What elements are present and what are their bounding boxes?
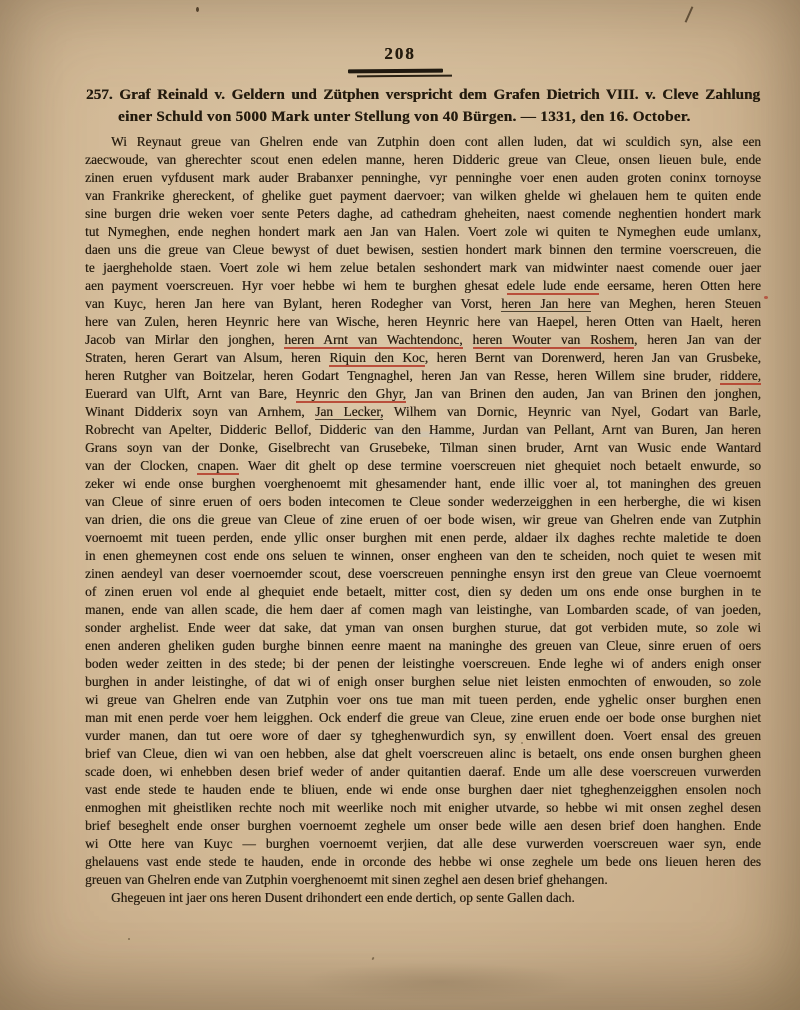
text-line: ghelauens vast ende stede te hauden, end… <box>85 853 761 871</box>
underline-annotation: Heynric den Ghyr, <box>296 386 406 403</box>
text-line: zinen eruen vyfdusent mark auder Brabanx… <box>85 169 761 187</box>
underline-annotation: Riquin den Koc <box>329 350 424 367</box>
text-line: tut Nymeghen, ende neghen hondert mark a… <box>85 223 761 241</box>
text-line: zinen aendeyl van deser voernoemder scou… <box>85 565 761 583</box>
text-line: sonder arghelist. Ende weer dat sake, da… <box>85 619 761 637</box>
text-line: Euerard van Ulft, Arnt van Bare, Heynric… <box>85 385 761 403</box>
text-line: scade doen, wi enhebben desen brief wede… <box>85 763 761 781</box>
text-line: Straten, heren Gerart van Alsum, heren R… <box>85 349 761 367</box>
underline-annotation: heren Wouter van Roshem <box>473 332 635 349</box>
scanned-book-page: 208 257. Graf Reinald v. Geldern und Züt… <box>0 0 800 1010</box>
ink-speck <box>128 938 130 940</box>
rule-thin <box>357 74 452 76</box>
underline-annotation: heren Arnt van Wachtendonc, <box>284 332 462 349</box>
underline-annotation: van den Hamme <box>374 422 471 437</box>
text-line: man mit enen perde voer hem leigghen. Oc… <box>85 709 761 727</box>
underline-annotation: heren Jan here <box>501 296 590 312</box>
text-line: Wi Reynaut greue van Ghelren ende van Zu… <box>85 133 761 151</box>
heading-line-2: einer Schuld von 5000 Mark unter Stellun… <box>86 106 760 128</box>
text-line: te jaergheholde staen. Voert zole wi hem… <box>85 259 761 277</box>
text-line: brief van Cleue, dien wi van oen hebben,… <box>85 745 761 763</box>
rule-thick <box>348 69 443 73</box>
text-line: van Frankrike ghereckent, of ghelike gue… <box>85 187 761 205</box>
text-line: wi Otte here van Kuyc — burghen voernoem… <box>85 835 761 853</box>
text-line: daen uns die greue van Cleue bewyst of d… <box>85 241 761 259</box>
text-line: vast ende stede te hauden ende te bliuen… <box>85 781 761 799</box>
text-line: Robrecht van Apelter, Didderic Bellof, D… <box>85 421 761 439</box>
text-line: greuen van Ghelren ende van Zutphin voer… <box>85 871 761 889</box>
text-line: enmoghen mit gheistliken rechte noch mit… <box>85 799 761 817</box>
underline-annotation: edele lude ende <box>507 278 600 295</box>
text-line: Ghegeuen int jaer ons heren Dusent driho… <box>85 889 761 907</box>
text-line: wi greue van Ghelren ende van Zutphin vo… <box>85 691 761 709</box>
text-line: heren Rutgher van Boitzelar, heren Godar… <box>85 367 761 385</box>
text-line: zeker wi ende onse burghen voerghenoemt … <box>85 475 761 493</box>
ink-speck <box>196 7 199 12</box>
text-line: Grans soyn van der Donke, Giselbrecht va… <box>85 439 761 457</box>
document-heading: 257. Graf Reinald v. Geldern und Zütphen… <box>86 84 760 128</box>
text-line: van drien, die ons die greue van Cleue o… <box>85 511 761 529</box>
text-line: brief beseghelt ende onser burghen voern… <box>85 817 761 835</box>
text-line: in enen ghemeynen cost ende ons seluen t… <box>85 547 761 565</box>
text-line: van der Clocken, cnapen. Waer dit ghelt … <box>85 457 761 475</box>
text-line: Winant Didderix soyn van Arnhem, Jan Lec… <box>85 403 761 421</box>
text-line: van Cleue of sinre eruen of oers boden i… <box>85 493 761 511</box>
heading-line-1: 257. Graf Reinald v. Geldern und Zütphen… <box>86 84 760 106</box>
underline-annotation: Jan Lecker, <box>315 404 383 420</box>
text-line: vurder manen, dan tut oere wore of daer … <box>85 727 761 745</box>
paper-smudge <box>300 962 580 1002</box>
text-line: van Kuyc, heren Jan here van Bylant, her… <box>85 295 761 313</box>
underline-annotation: cnapen. <box>197 458 238 475</box>
text-line: voernoemt mit tueen perden, ende yllic o… <box>85 529 761 547</box>
page-number: 208 <box>0 44 800 64</box>
ink-speck <box>371 957 374 961</box>
text-line: enen anderen gheliken guden burghe binne… <box>85 637 761 655</box>
text-line: here van Zulen, heren Heynric here van W… <box>85 313 761 331</box>
red-annotation-dot <box>764 296 768 299</box>
text-line: of zinen eruen vol ende al ghequiet ende… <box>85 583 761 601</box>
underline-annotation: riddere, <box>720 368 761 385</box>
header-double-rule <box>348 69 452 78</box>
text-line: burghen in ander leistinghe, of dat wi o… <box>85 673 761 691</box>
text-line: manen, ende van allen scade, die hem dae… <box>85 601 761 619</box>
body-text: Wi Reynaut greue van Ghelren ende van Zu… <box>85 133 761 907</box>
text-line: zaecwoude, van gherechter scout enen ede… <box>85 151 761 169</box>
pen-stroke <box>685 6 694 22</box>
ink-speck <box>521 742 523 744</box>
text-line: aen payment voerscreuen. Hyr voer hebbe … <box>85 277 761 295</box>
text-line: sine burgen drie weken voer sente Peters… <box>85 205 761 223</box>
text-line: Jacob van Mirlar den jonghen, heren Arnt… <box>85 331 761 349</box>
text-line: boden weder zeitten in des stede; bi der… <box>85 655 761 673</box>
